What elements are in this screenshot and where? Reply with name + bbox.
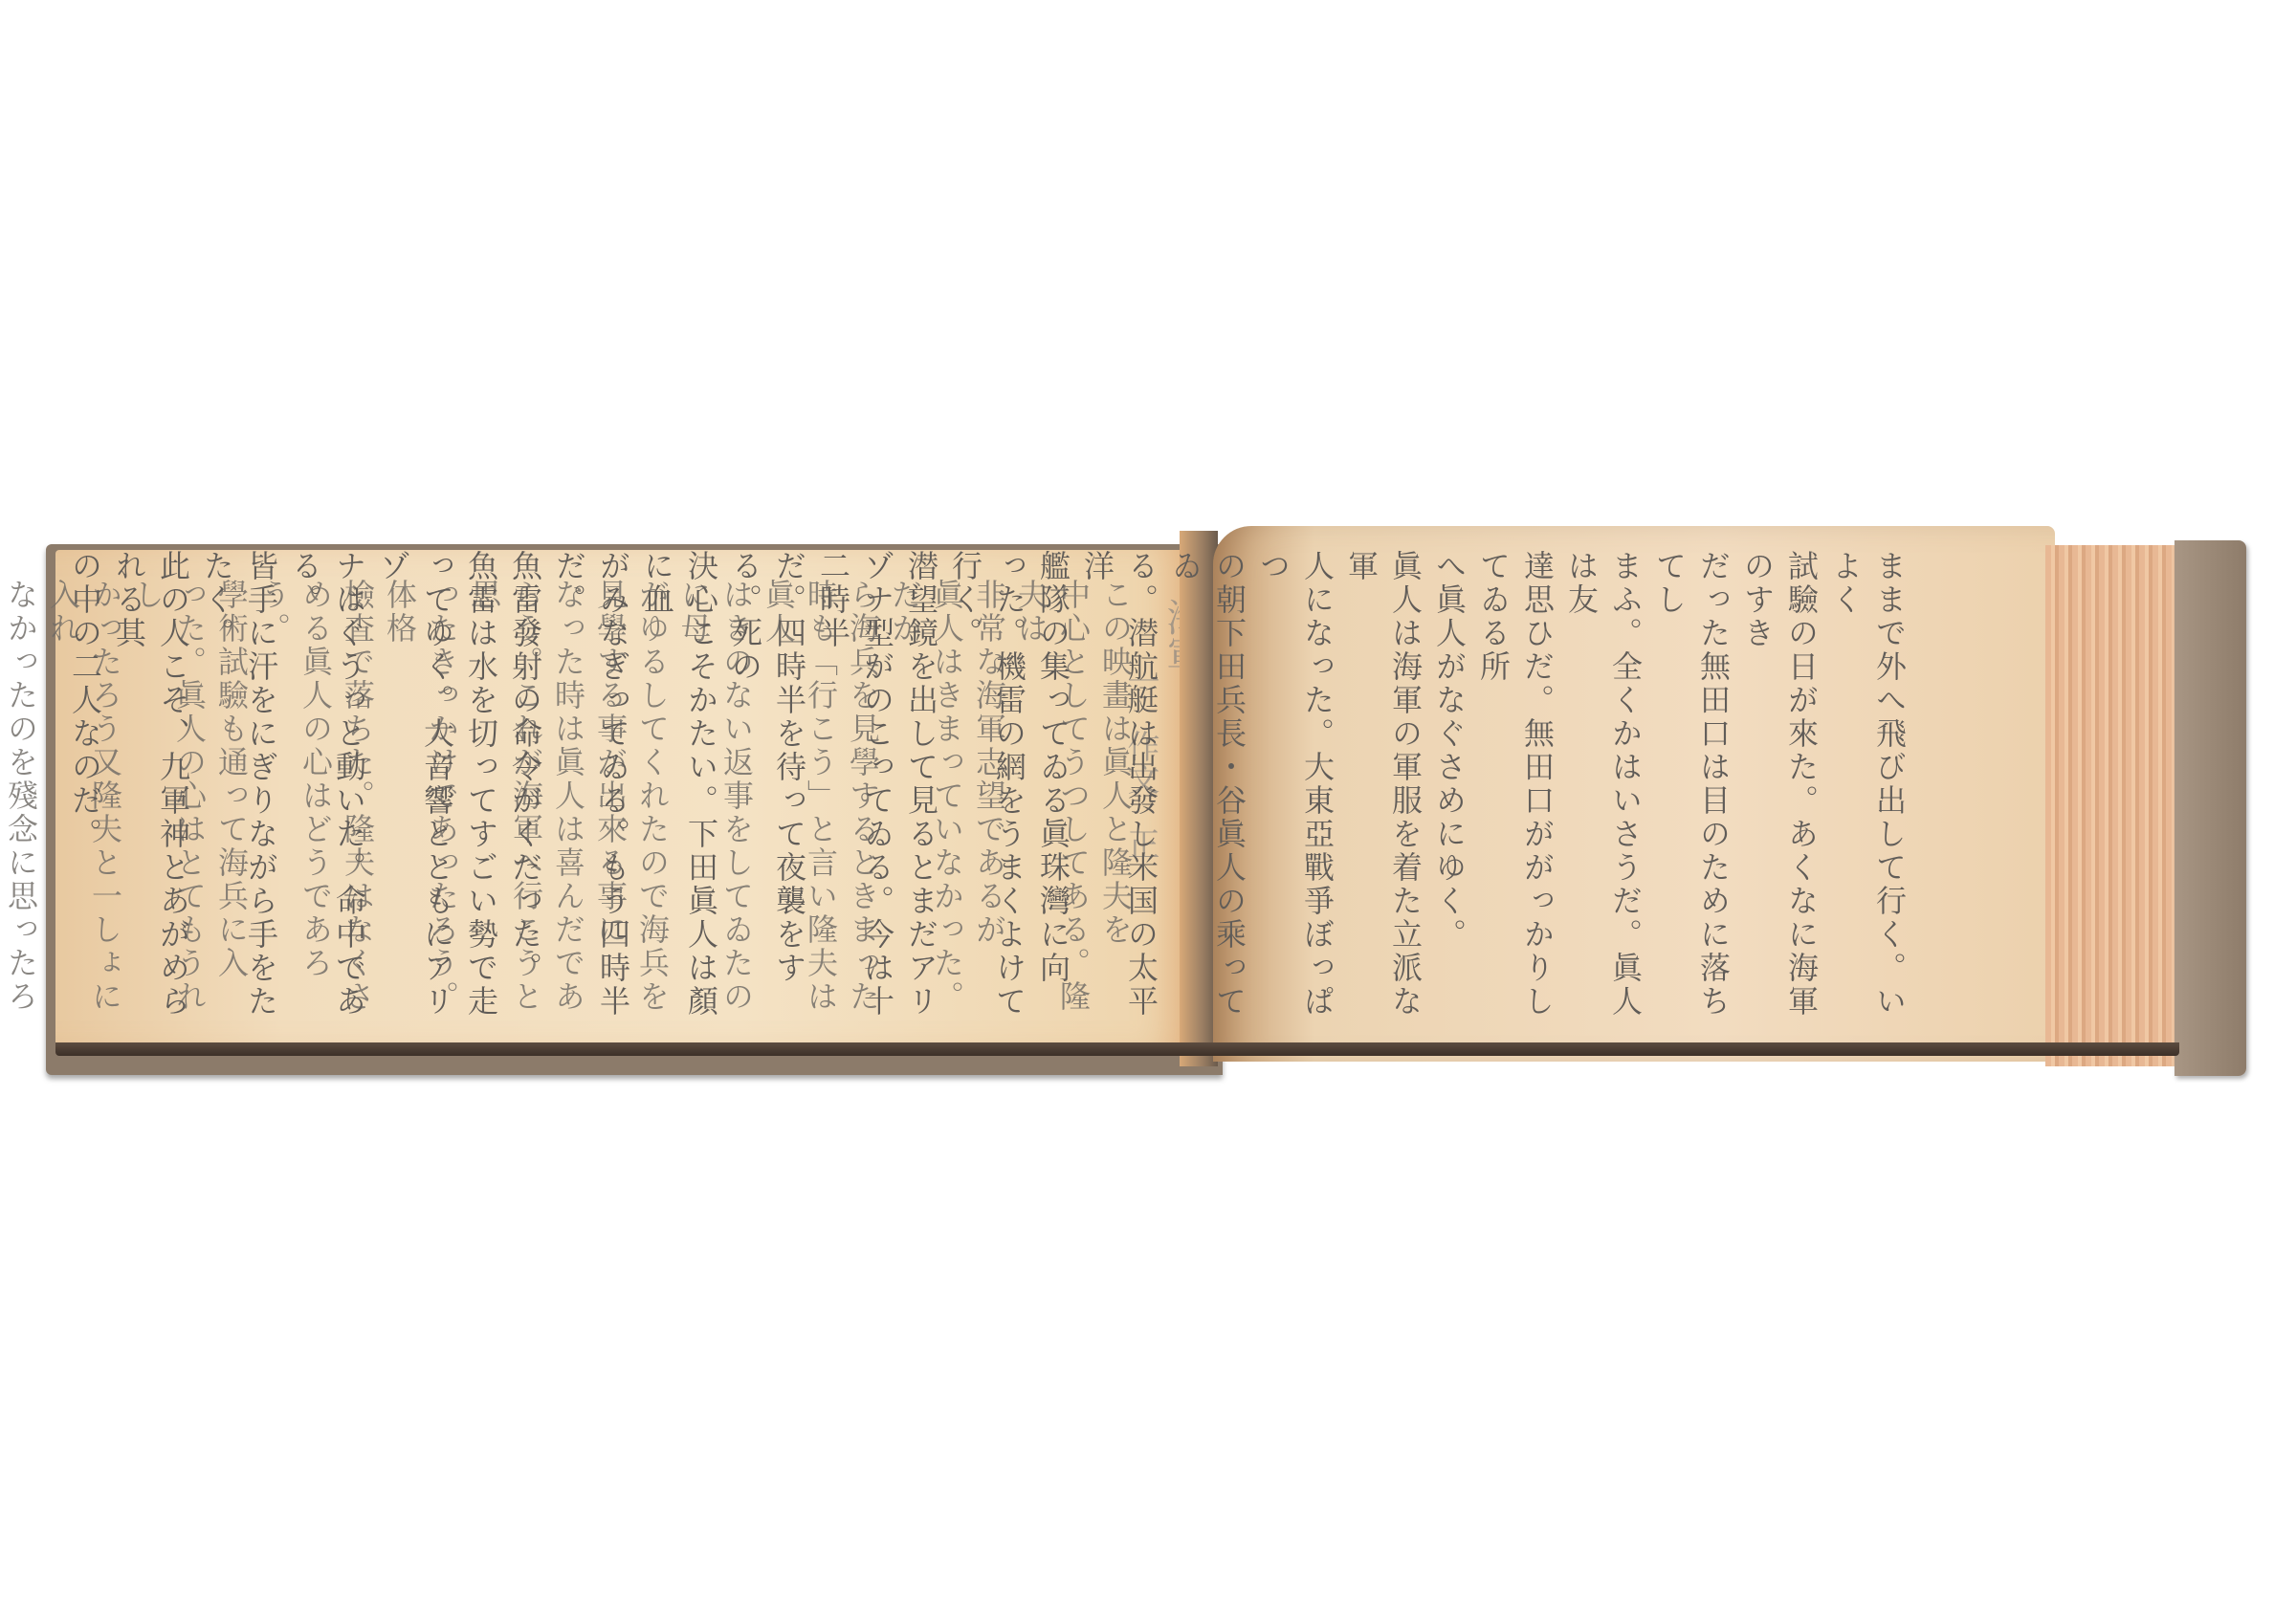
text-column: がみなぎってゐる。もう四時半だ。 — [547, 550, 635, 1038]
text-column: の中の二人なのだ。 — [63, 550, 107, 1038]
text-column: だった無田口は目のために落ちてし — [1647, 550, 1735, 1038]
right-page: ままで外へ飛び出して行く。いよく 試驗の日が來た。あくなに海軍のすき だった無田… — [1213, 526, 2055, 1062]
right-page-text: ままで外へ飛び出して行く。いよく 試驗の日が來た。あくなに海軍のすき だった無田… — [63, 550, 1911, 1038]
text-column: 眞人は海軍の軍服を着た立派な軍 — [1339, 550, 1427, 1038]
text-column: 人になった。大東亞戰爭ぼっぱつ — [1251, 550, 1339, 1038]
text-column: 潜望鏡を出して見るとまだアリ — [899, 550, 943, 1038]
notebook-bottom-edge — [55, 1042, 2179, 1056]
text-column: 魚雷は水を切ってすごい勢で走 — [459, 550, 503, 1038]
text-column: へ眞人がなぐさめにゆく。 — [1427, 550, 1471, 1038]
text-column: ゾナ型がのこってゐる。今は十二時半 — [811, 550, 899, 1038]
text-column: 決心こそかたい。下田眞人は顏に血 — [635, 550, 723, 1038]
open-notebook: 海軍 一 作文 正 この映畫は眞人と隆夫を 中心としてうつしてある。隆夫は 非常… — [46, 531, 2246, 1086]
notebook-cover-right — [2175, 540, 2246, 1076]
text-column: ナはぐうっと動いた。命中である。 — [283, 550, 371, 1038]
text-column: 魚雷發射の命令がくだった。 — [503, 550, 547, 1038]
text-column: まふ。全くかはいさうだ。眞人は友 — [1559, 550, 1647, 1038]
text-column: った。機雷の網をうまくよけて行く。 — [943, 550, 1031, 1038]
text-column: だ。四時半を待って夜襲をする。死の — [723, 550, 811, 1038]
text-column: なかったのを殘念に思ったろう — [0, 579, 42, 1038]
text-column: 此の人こそ、九軍神とあがめられる其 — [107, 550, 195, 1038]
text-column: 艦隊の集ってゐる眞珠灣に向 — [1031, 550, 1075, 1038]
text-column: 皆手に汗をにぎりながら手をたたく。 — [195, 550, 283, 1038]
text-column: る。潜航艇は出發し米国の太平洋 — [1075, 550, 1163, 1038]
text-column: ままで外へ飛び出して行く。いよく — [1823, 550, 1911, 1038]
text-column: ってゆく。大音響とともにアリゾ — [371, 550, 459, 1038]
page-edges-stack — [2045, 545, 2179, 1066]
text-column: 試驗の日が來た。あくなに海軍のすき — [1735, 550, 1823, 1038]
text-column: の朝下田兵長・谷眞人の乘ってゐ — [1163, 550, 1251, 1038]
text-column: 達思ひだ。無田口ががっかりしてゐる所 — [1471, 550, 1559, 1038]
